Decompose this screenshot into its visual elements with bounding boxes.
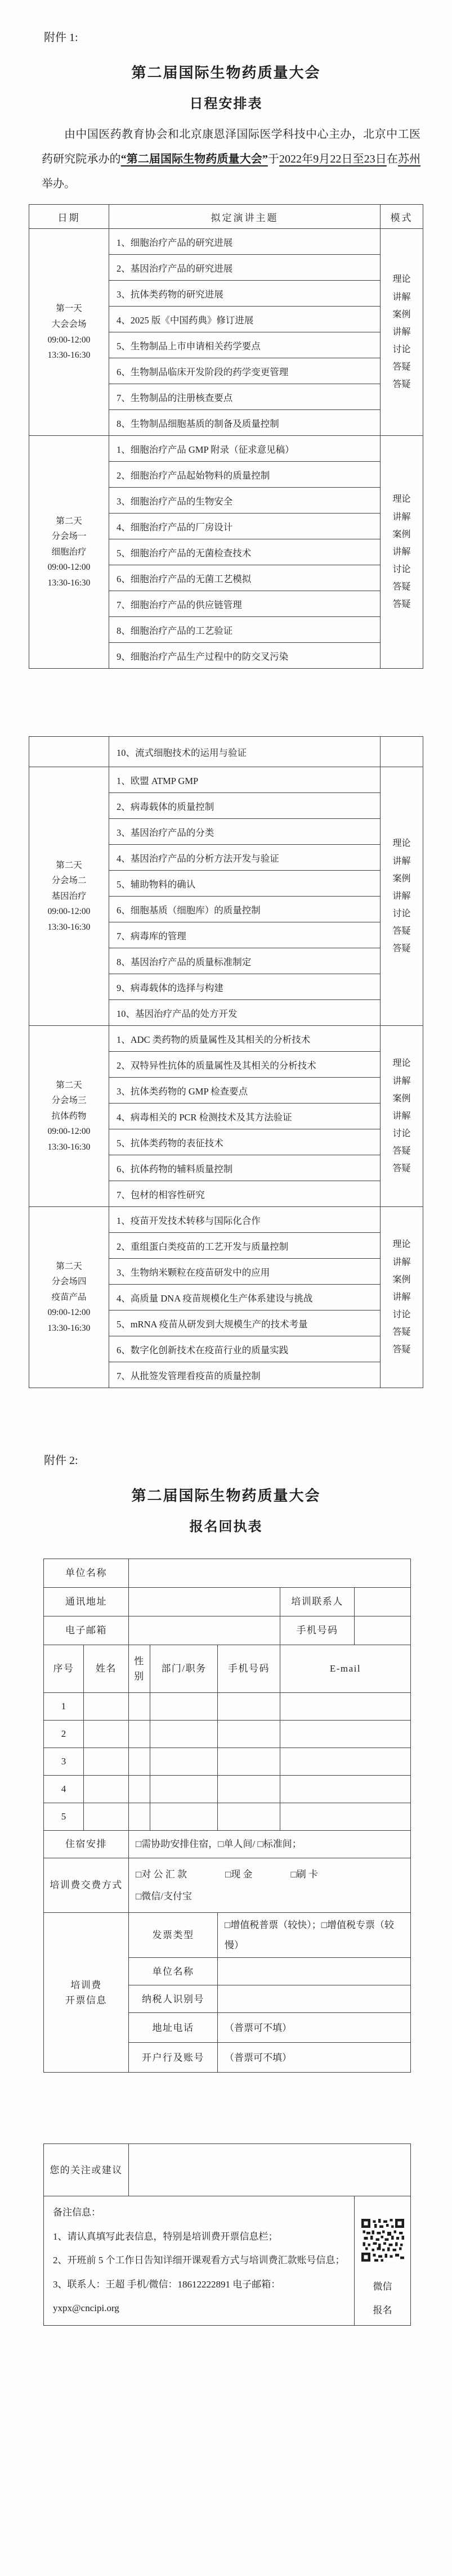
company-name-label: 单位名称 [44,1559,129,1588]
cell [129,1693,150,1721]
topic-cell: 10、基因治疗产品的处方开发 [109,1000,381,1026]
suggestion-notes-table: 您的关注或建议备注信息： 1、请认真填写此表信息，特别是培训费开票信息栏； 2、… [43,2143,411,2326]
attachment2-label: 附件 2: [44,1451,452,1467]
topic-cell: 4、2025 版《中国药典》修订进展 [109,307,381,332]
topic-cell: 8、生物制品细胞基质的制备及质量控制 [109,410,381,436]
table-row: 您的关注或建议 [44,2144,411,2196]
cell [280,1776,411,1803]
member-index: 3 [44,1748,84,1776]
member-index: 4 [44,1776,84,1803]
topic-cell: 3、基因治疗产品的分类 [109,819,381,845]
member-index: 1 [44,1693,84,1721]
topic-cell: 1、ADC 类药物的质量属性及其相关的分析技术 [109,1026,381,1052]
qr-caption: 微信 报名 [357,2275,408,2323]
table-row: 3 [44,1748,411,1776]
schedule-row: 第二天 分会场三 抗体药物 09:00-12:00 13:30-16:301、A… [29,1026,423,1052]
session-info-cell: 第二天 分会场一 细胞治疗 09:00-12:00 13:30-16:30 [29,436,109,669]
addr-tel-label: 地址电话 [129,2013,218,2043]
table-row: 备注信息： 1、请认真填写此表信息，特别是培训费开票信息栏； 2、开班前 5 个… [44,2196,411,2326]
topic-cell: 6、数字化创新技术在疫苗行业的质量实践 [109,1336,381,1362]
intro-segment: 苏州 [398,153,420,165]
registration-subtitle: 报名回执表 [0,1515,452,1535]
intro-segment: 在 [387,153,398,165]
topic-cell: 10、流式细胞技术的运用与验证 [109,737,381,767]
topic-cell: 1、疫苗开发技术转移与国际化合作 [109,1207,381,1233]
session-info-cell: 第二天 分会场四 疫苗产品 09:00-12:00 13:30-16:30 [29,1207,109,1388]
cell [280,1693,411,1721]
col-phone: 手机号码 [218,1645,280,1693]
cell [280,1803,411,1831]
teaching-mode-cell: 理论讲解案例讲解讨论答疑答疑 [381,1207,423,1388]
payment-label: 培训费交费方式 [44,1858,129,1913]
notes-text: 备注信息： 1、请认真填写此表信息，特别是培训费开票信息栏； 2、开班前 5 个… [44,2196,355,2326]
qr-code [361,2219,404,2262]
topic-cell: 3、抗体类药物的研究进展 [109,281,381,307]
topic-cell: 2、病毒载体的质量控制 [109,793,381,819]
suggestion-label: 您的关注或建议 [44,2144,129,2196]
invoice-type-options: □增值税普票（较快）；□增值税专票（较慢） [218,1913,411,1958]
member-index: 2 [44,1721,84,1748]
registration-form-table: 单位名称通讯地址培训联系人电子邮箱手机号码序号姓名性别部门/职务手机号码E-ma… [43,1559,411,2073]
taxpayer-id-value [218,1985,411,2013]
schedule-table-page2: 10、流式细胞技术的运用与验证第二天 分会场二 基因治疗 09:00-12:00… [29,736,423,1388]
intro-segment: “第二届国际生物药质量大会” [121,153,268,165]
schedule-title: 第二届国际生物药质量大会 [0,61,452,82]
bank-account-label: 开户行及账号 [129,2043,218,2073]
topic-cell: 1、细胞治疗产品 GMP 附录（征求意见稿） [109,436,381,462]
schedule-row: 第二天 分会场一 细胞治疗 09:00-12:00 13:30-16:301、细… [29,436,423,462]
table-row: 培训费交费方式□对 公 汇 款 □现 金 □刷 卡 □微信/支付宝 [44,1858,411,1913]
table-row: 通讯地址培训联系人 [44,1588,411,1616]
topic-cell: 7、病毒库的管理 [109,922,381,948]
teaching-mode-cell [381,737,423,767]
cell [150,1748,218,1776]
session-info-cell: 第二天 分会场三 抗体药物 09:00-12:00 13:30-16:30 [29,1026,109,1207]
table-row: 序号姓名性别部门/职务手机号码E-mail [44,1645,411,1693]
cell [218,1721,280,1748]
session-info-cell: 第一天 大会会场 09:00-12:00 13:30-16:30 [29,229,109,436]
teaching-mode-cell: 理论讲解案例讲解讨论答疑答疑 [381,229,423,436]
schedule-row: 第二天 分会场二 基因治疗 09:00-12:00 13:30-16:301、欧… [29,767,423,793]
topic-cell: 7、生物制品的注册核查要点 [109,384,381,410]
col-email: E-mail [280,1645,411,1693]
topic-cell: 5、辅助物料的确认 [109,871,381,897]
company-name-value [129,1559,411,1588]
cell [129,1776,150,1803]
topic-cell: 6、抗体药物的辅料质量控制 [109,1155,381,1181]
col-gender: 性别 [129,1645,150,1693]
attachment1-label: 附件 1: [44,28,452,44]
member-index: 5 [44,1803,84,1831]
training-contact-value [355,1588,411,1616]
address-value [129,1588,280,1616]
topic-cell: 1、欧盟 ATMP GMP [109,767,381,793]
topic-cell: 5、mRNA 疫苗从研发到大规模生产的技术考量 [109,1310,381,1336]
table-row: 单位名称 [44,1559,411,1588]
table-row: 1 [44,1693,411,1721]
address-label: 通讯地址 [44,1588,129,1616]
topic-cell: 2、细胞治疗产品起始物料的质量控制 [109,462,381,488]
topic-cell: 2、基因治疗产品的研究进展 [109,255,381,281]
training-contact-label: 培训联系人 [280,1588,355,1616]
topic-cell: 6、细胞治疗产品的无菌工艺模拟 [109,565,381,591]
table-row: 电子邮箱手机号码 [44,1616,411,1645]
header-date: 日期 [29,205,109,229]
topic-cell: 4、高质量 DNA 疫苗规模化生产体系建设与挑战 [109,1285,381,1310]
topic-cell: 6、生物制品临床开发阶段的药学变更管理 [109,358,381,384]
topic-cell: 2、双特异性抗体的质量属性及其相关的分析技术 [109,1052,381,1078]
cell [150,1693,218,1721]
phone-label: 手机号码 [280,1616,355,1645]
cell [84,1803,129,1831]
payment-options: □对 公 汇 款 □现 金 □刷 卡 □微信/支付宝 [129,1858,411,1913]
topic-cell: 4、细胞治疗产品的厂房设计 [109,514,381,539]
topic-cell: 4、病毒相关的 PCR 检测技术及其方法验证 [109,1104,381,1129]
cell [218,1776,280,1803]
schedule-row: 10、流式细胞技术的运用与验证 [29,737,423,767]
header-mode: 模式 [381,205,423,229]
lodging-label: 住宿安排 [44,1831,129,1858]
wechat-signup-qr: 微信 报名 [355,2196,411,2326]
cell [218,1748,280,1776]
col-index: 序号 [44,1645,84,1693]
cell [84,1748,129,1776]
schedule-row: 第二天 分会场四 疫苗产品 09:00-12:00 13:30-16:301、疫… [29,1207,423,1233]
header-topic: 拟定演讲主题 [109,205,381,229]
table-row: 2 [44,1721,411,1748]
cell [84,1693,129,1721]
teaching-mode-cell: 理论讲解案例讲解讨论答疑答疑 [381,767,423,1026]
topic-cell: 9、病毒载体的选择与构建 [109,974,381,1000]
topic-cell: 7、从批签发管理看疫苗的质量控制 [109,1362,381,1388]
cell [150,1803,218,1831]
phone-value [355,1616,411,1645]
table-row: 住宿安排□需协助安排住宿，□单人间/ □标准间； [44,1831,411,1858]
cell [280,1721,411,1748]
topic-cell: 2、重组蛋白类疫苗的工艺开发与质量控制 [109,1233,381,1259]
topic-cell: 8、细胞治疗产品的工艺验证 [109,617,381,643]
table-row: 5 [44,1803,411,1831]
topic-cell: 3、生物纳米颗粒在疫苗研发中的应用 [109,1259,381,1285]
cell [280,1748,411,1776]
schedule-row: 第一天 大会会场 09:00-12:00 13:30-16:301、细胞治疗产品… [29,229,423,255]
session-info-cell: 第二天 分会场二 基因治疗 09:00-12:00 13:30-16:30 [29,767,109,1026]
suggestion-value [129,2144,411,2196]
topic-cell: 3、细胞治疗产品的生物安全 [109,488,381,514]
topic-cell: 9、细胞治疗产品生产过程中的防交叉污染 [109,643,381,669]
cell [84,1776,129,1803]
lodging-options: □需协助安排住宿，□单人间/ □标准间； [129,1831,411,1858]
cell [218,1803,280,1831]
cell [150,1721,218,1748]
table-row: 培训费 开票信息发票类型□增值税普票（较快）；□增值税专票（较慢） [44,1913,411,1958]
cell [84,1721,129,1748]
topic-cell: 8、基因治疗产品的质量标准制定 [109,948,381,974]
topic-cell: 5、细胞治疗产品的无菌检查技术 [109,539,381,565]
intro-segment: 于 [268,153,279,165]
bank-account-value: （普票可不填） [218,2043,411,2073]
intro-paragraph: 由中国医药教育协会和北京康恩泽国际医学科技中心主办，北京中工医药研究院承办的“第… [42,122,420,196]
schedule-table-page1: 日期 拟定演讲主题 模式 第一天 大会会场 09:00-12:00 13:30-… [29,204,423,669]
cell [129,1748,150,1776]
topic-cell: 5、生物制品上市申请相关药学要点 [109,332,381,358]
topic-cell: 3、抗体类药物的 GMP 检查要点 [109,1078,381,1104]
email-label: 电子邮箱 [44,1616,129,1645]
registration-title: 第二届国际生物药质量大会 [0,1484,452,1505]
intro-segment: 举办。 [42,178,75,190]
session-info-cell [29,737,109,767]
topic-cell: 7、细胞治疗产品的供应链管理 [109,591,381,617]
invoice-info-label: 培训费 开票信息 [44,1913,129,2073]
intro-segment: 2022年9月22日至23日 [279,153,387,165]
topic-cell: 5、抗体类药物的表征技术 [109,1129,381,1155]
taxpayer-id-label: 纳税人识别号 [129,1985,218,2013]
cell [129,1803,150,1831]
cell [218,1693,280,1721]
invoice-type-label: 发票类型 [129,1913,218,1958]
topic-cell: 4、基因治疗产品的分析方法开发与验证 [109,845,381,871]
topic-cell: 6、细胞基质（细胞库）的质量控制 [109,897,381,922]
addr-tel-value: （普票可不填） [218,2013,411,2043]
topic-cell: 1、细胞治疗产品的研究进展 [109,229,381,255]
invoice-company-value [218,1958,411,1985]
schedule-subtitle: 日程安排表 [0,92,452,112]
cell [150,1776,218,1803]
email-value [129,1616,280,1645]
teaching-mode-cell: 理论讲解案例讲解讨论答疑答疑 [381,1026,423,1207]
scanned-document: 附件 1: 第二届国际生物药质量大会 日程安排表 由中国医药教育协会和北京康恩泽… [0,0,452,2326]
invoice-company-label: 单位名称 [129,1958,218,1985]
col-name: 姓名 [84,1645,129,1693]
table-row: 4 [44,1776,411,1803]
teaching-mode-cell: 理论讲解案例讲解讨论答疑答疑 [381,436,423,669]
col-dept: 部门/职务 [150,1645,218,1693]
topic-cell: 7、包材的相容性研究 [109,1181,381,1207]
cell [129,1721,150,1748]
